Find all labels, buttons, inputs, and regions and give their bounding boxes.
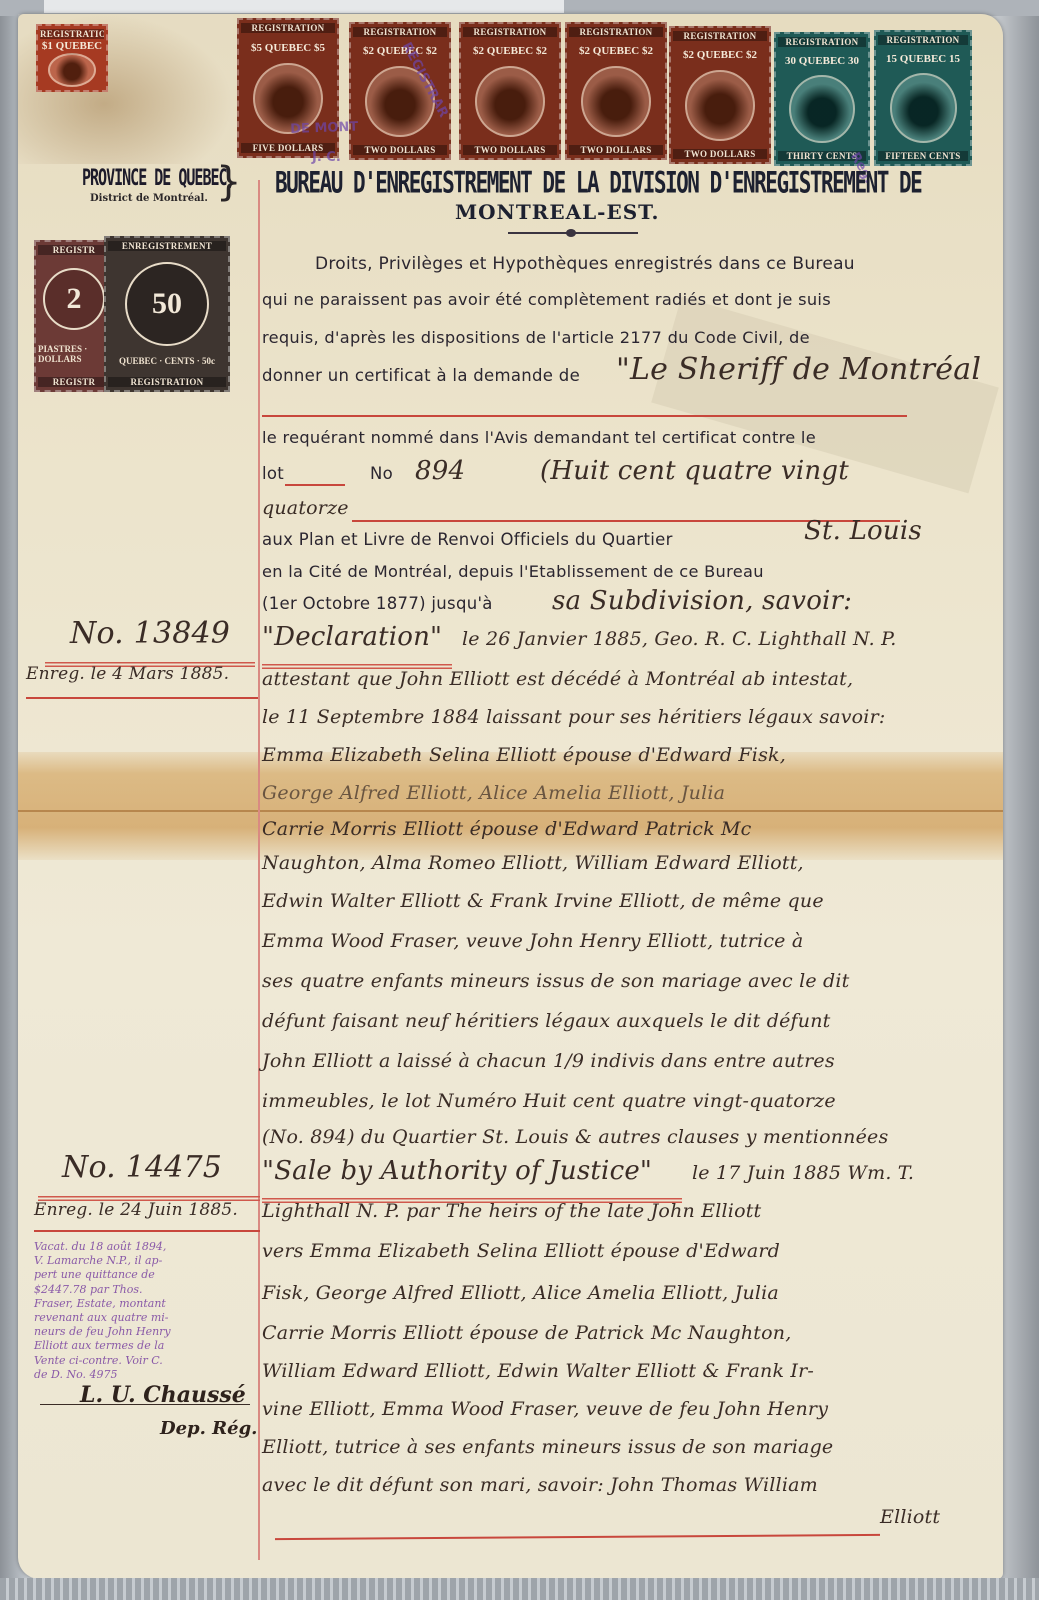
preamble-line-5: le requérant nommé dans l'Avis demandant…	[262, 428, 816, 447]
stamp-50-cents: ENREGISTREMENT 50 QUEBEC · CENTS · 50c R…	[104, 236, 230, 392]
entry-line: Lighthall N. P. par The heirs of the lat…	[262, 1200, 761, 1222]
preamble-line-1: Droits, Privilèges et Hypothèques enregi…	[315, 254, 855, 274]
entry-line: vine Elliott, Emma Wood Fraser, veuve de…	[262, 1398, 828, 1420]
entry-line: immeubles, le lot Numéro Huit cent quatr…	[262, 1090, 836, 1112]
ruled-line	[26, 697, 258, 699]
beaver-vignette-icon	[789, 75, 855, 143]
entry-registered-date: Enreg. le 4 Mars 1885.	[26, 664, 229, 684]
entry-line: Elliott	[880, 1506, 940, 1528]
entry-line: le 11 Septembre 1884 laissant pour ses h…	[262, 706, 885, 728]
division-title: MONTREAL-EST.	[455, 200, 659, 224]
entry-line: vers Emma Elizabeth Selina Elliott épous…	[262, 1240, 780, 1262]
sleeve-highlight	[44, 0, 564, 13]
signature-underline	[40, 1404, 250, 1405]
stamp-2-dollars: REGISTRATION $2 QUEBEC $2 TWO DOLLARS	[565, 22, 667, 160]
bureau-title: BUREAU D'ENREGISTREMENT DE LA DIVISION D…	[275, 166, 921, 200]
entry-line: Naughton, Alma Romeo Elliott, William Ed…	[262, 852, 804, 874]
entry-line: Emma Elizabeth Selina Elliott épouse d'E…	[262, 744, 786, 766]
beaver-vignette-icon	[890, 73, 957, 143]
stamp-1-dollar: REGISTRATION $1 QUEBEC	[36, 24, 108, 92]
beaver-vignette-icon	[48, 53, 97, 87]
margin-rule	[258, 180, 260, 1560]
entry-line: attestant que John Elliott est décédé à …	[262, 668, 853, 690]
preamble-line-2: qui ne paraissent pas avoir été complète…	[262, 290, 831, 309]
entry-line: avec le dit défunt son mari, savoir: Joh…	[262, 1474, 818, 1496]
entry-line: Carrie Morris Elliott épouse de Patrick …	[262, 1322, 791, 1344]
entry-line: ses quatre enfants mineurs issus de son …	[262, 970, 850, 992]
deputy-registrar-title: Dep. Rég.	[160, 1418, 257, 1439]
entry-line: défunt faisant neuf héritiers légaux aux…	[262, 1010, 831, 1032]
district-label: District de Montréal.	[90, 193, 208, 204]
stamp-30-cents: REGISTRATION 30 QUEBEC 30 THIRTY CENTS	[774, 32, 870, 166]
entry-number-14475: No. 14475	[62, 1150, 222, 1185]
stamp-2-dollars: REGISTRATION $2 QUEBEC $2 TWO DOLLARS	[669, 26, 771, 164]
entry-line: le 26 Janvier 1885, Geo. R. C. Lighthall…	[462, 628, 896, 650]
lot-number-words: (Huit cent quatre vingt	[540, 456, 849, 486]
preamble-line-8: en la Cité de Montréal, depuis l'Etablis…	[262, 562, 764, 581]
province-label: PROVINCE DE QUEBEC,	[82, 164, 235, 191]
requester-name: "Le Sheriff de Montréal	[616, 352, 981, 387]
entry-line: (No. 894) du Quartier St. Louis & autres…	[262, 1126, 888, 1148]
tape-stain-band	[18, 752, 1003, 860]
preamble-line-7: aux Plan et Livre de Renvoi Officiels du…	[262, 530, 673, 549]
brace-icon: }	[216, 162, 241, 202]
sleeve-bottom-edge	[0, 1578, 1039, 1600]
lot-number-words-cont: quatorze	[262, 497, 349, 519]
stamp-2-dollars: REGISTRATION $2 QUEBEC $2 TWO DOLLARS	[459, 22, 561, 160]
entry-line: John Elliott a laissé à chacun 1/9 indiv…	[262, 1050, 835, 1072]
entry-line: Edwin Walter Elliott & Frank Irvine Elli…	[262, 890, 824, 912]
entry-line: Emma Wood Fraser, veuve John Henry Ellio…	[262, 930, 803, 952]
stamp-15-cents: REGISTRATION 15 QUEBEC 15 FIFTEEN CENTS	[874, 30, 972, 166]
preamble-line-9: (1er Octobre 1877) jusqu'à	[262, 594, 493, 613]
entry-line: Fisk, George Alfred Elliott, Alice Ameli…	[262, 1282, 779, 1304]
beaver-vignette-icon	[475, 66, 545, 137]
entry-title-sale: "Sale by Authority of Justice"	[262, 1156, 652, 1186]
beaver-vignette-icon	[581, 66, 651, 137]
cancellation-mark: J. C.	[312, 150, 341, 165]
stamp-5-dollars: REGISTRATION $5 QUEBEC $5 FIVE DOLLARS	[237, 18, 339, 158]
entry-line: Carrie Morris Elliott épouse d'Edward Pa…	[262, 818, 752, 840]
ornament-divider	[508, 232, 638, 234]
stamp-2-dollars-left: REGISTR 2 PIASTRES · DOLLARS REGISTR	[34, 240, 114, 392]
margin-note-quittance: Vacat. du 18 août 1894, V. Lamarche N.P.…	[34, 1240, 256, 1382]
ward-name: St. Louis	[804, 516, 922, 546]
fold-crease	[18, 810, 1003, 812]
entry-line: Elliott, tutrice à ses enfants mineurs i…	[262, 1436, 833, 1458]
preamble-line-4: donner un certificat à la demande de	[262, 366, 580, 385]
entry-registered-date: Enreg. le 24 Juin 1885.	[34, 1200, 238, 1220]
ruled-line	[285, 484, 345, 486]
entry-line: le 17 Juin 1885 Wm. T.	[692, 1162, 914, 1184]
ruled-line	[262, 415, 907, 417]
ruled-line	[34, 1230, 260, 1232]
preamble-line-3: requis, d'après les dispositions de l'ar…	[262, 328, 810, 347]
entry-title-declaration: "Declaration"	[262, 622, 442, 652]
lot-label: lot	[262, 464, 284, 483]
lot-number: 894	[415, 456, 465, 486]
no-label: No	[370, 464, 393, 483]
entry-number-13849: No. 13849	[70, 616, 230, 651]
subdivision-note: sa Subdivision, savoir:	[552, 586, 852, 616]
beaver-vignette-icon	[685, 70, 755, 141]
entry-line: William Edward Elliott, Edwin Walter Ell…	[262, 1360, 814, 1382]
entry-line: George Alfred Elliott, Alice Amelia Elli…	[262, 782, 725, 804]
cancellation-mark: DE MONT	[290, 120, 358, 137]
